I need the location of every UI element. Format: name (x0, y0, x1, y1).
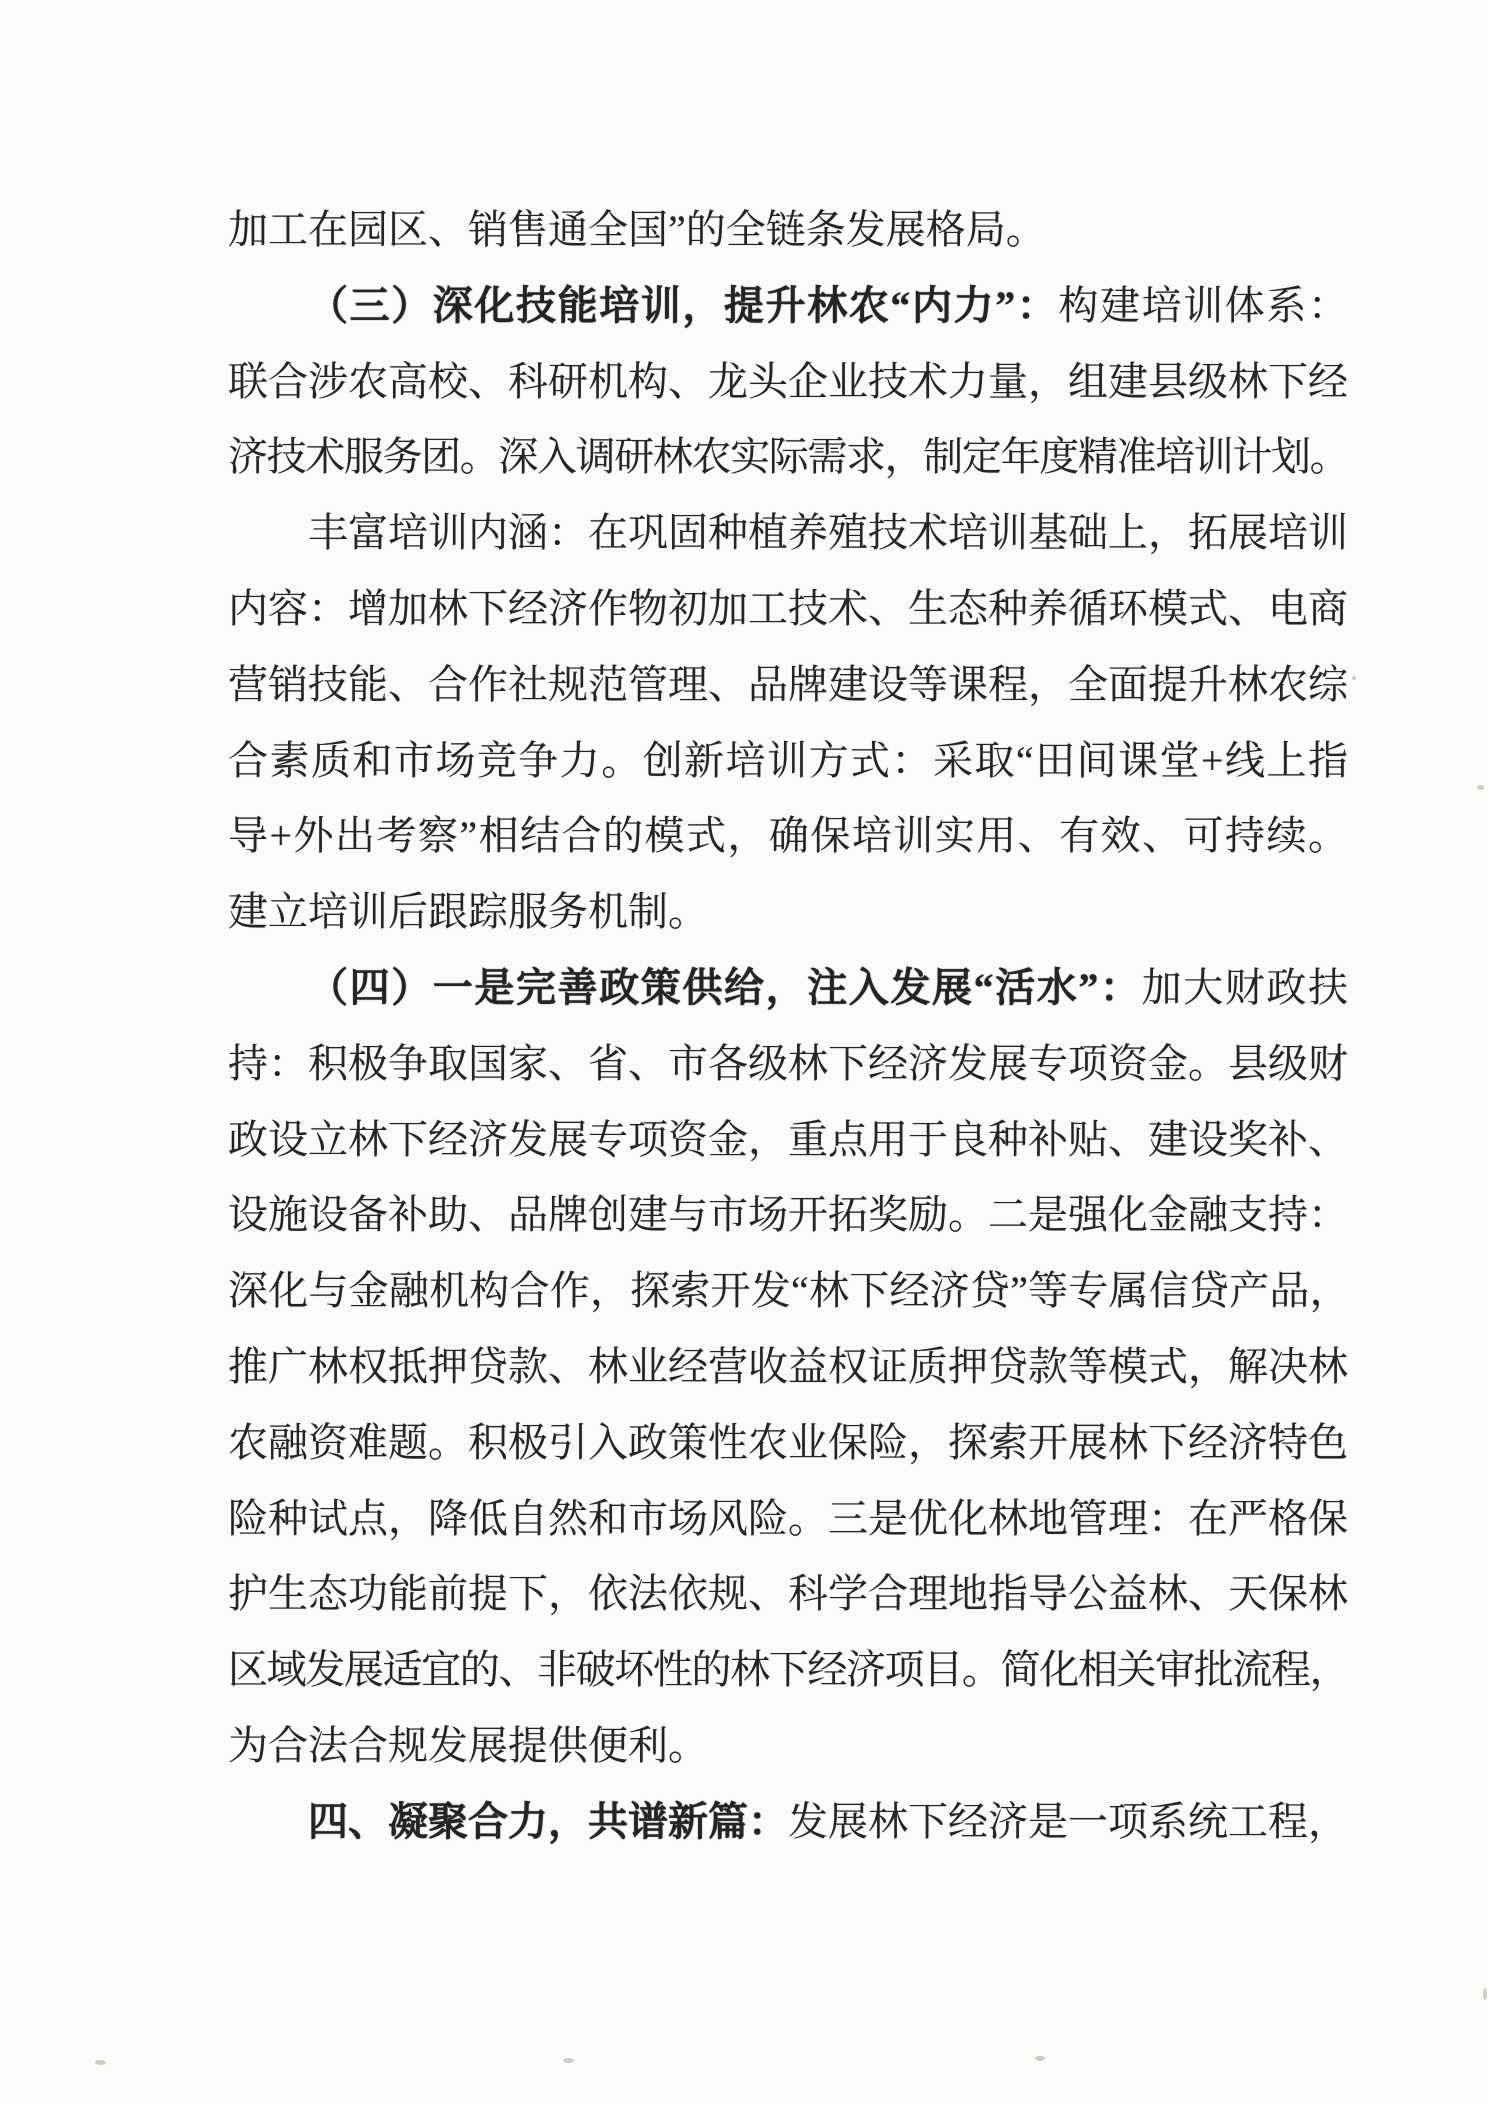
text-line: 建立培训后跟踪服务机制。 (228, 874, 1348, 950)
text-run: 发展林下经济是一项系统工程， (788, 1799, 1348, 1844)
scan-speck (563, 2058, 574, 2063)
text-line: （三）深化技能培训，提升林农“内力”：构建培训体系： (228, 268, 1348, 344)
text-line: 深化与金融机构合作，探索开发“林下经济贷”等专属信贷产品， (228, 1253, 1348, 1329)
text-run: 政设立林下经济发展专项资金，重点用于良种补贴、建设奖补、 (228, 1117, 1348, 1162)
text-run: 加工在园区、销售通全国”的全链条发展格局。 (228, 207, 1046, 252)
text-run: 为合法合规发展提供便利。 (228, 1723, 708, 1768)
text-run: 险种试点，降低自然和市场风险。三是优化林地管理：在严格保 (228, 1496, 1348, 1541)
text-run: 深化与金融机构合作，探索开发“林下经济贷”等专属信贷产品， (228, 1268, 1348, 1313)
text-line: 营销技能、合作社规范管理、品牌建设等课程，全面提升林农综 (228, 647, 1348, 723)
text-line: 济技术服务团。深入调研林农实际需求，制定年度精准培训计划。 (228, 419, 1348, 495)
text-line: 合素质和市场竞争力。创新培训方式：采取“田间课堂+线上指 (228, 723, 1348, 799)
scan-speck (1477, 785, 1484, 790)
text-line: （四）一是完善政策供给，注入发展“活水”：加大财政扶 (228, 950, 1348, 1026)
text-run: 联合涉农高校、科研机构、龙头企业技术力量，组建县级林下经 (228, 359, 1348, 404)
text-line: 推广林权抵押贷款、林业经营收益权证质押贷款等模式，解决林 (228, 1329, 1348, 1405)
text-run: 内容：增加林下经济作物初加工技术、生态种养循环模式、电商 (228, 586, 1348, 631)
text-line: 区域发展适宜的、非破坏性的林下经济项目。简化相关审批流程， (228, 1632, 1348, 1708)
text-run: 持：积极争取国家、省、市各级林下经济发展专项资金。县级财 (228, 1041, 1348, 1086)
scan-speck (95, 2060, 106, 2065)
text-line: 导+外出考察”相结合的模式，确保培训实用、有效、可持续。 (228, 798, 1348, 874)
text-line: 加工在园区、销售通全国”的全链条发展格局。 (228, 192, 1348, 268)
text-run: 加大财政扶 (1142, 965, 1348, 1010)
text-line: 险种试点，降低自然和市场风险。三是优化林地管理：在严格保 (228, 1481, 1348, 1557)
scan-speck (1035, 2056, 1045, 2061)
text-run: 建立培训后跟踪服务机制。 (228, 889, 708, 934)
text-run: 导+外出考察”相结合的模式，确保培训实用、有效、可持续。 (228, 813, 1348, 858)
scan-speck (1483, 1988, 1487, 2000)
text-run: 合素质和市场竞争力。创新培训方式：采取“田间课堂+线上指 (228, 738, 1348, 783)
text-run: 济技术服务团。深入调研林农实际需求，制定年度精准培训计划。 (228, 434, 1348, 479)
text-line: 内容：增加林下经济作物初加工技术、生态种养循环模式、电商 (228, 571, 1348, 647)
document-text-body: 加工在园区、销售通全国”的全链条发展格局。（三）深化技能培训，提升林农“内力”：… (228, 192, 1348, 1860)
scan-speck (1352, 676, 1356, 680)
text-line: 联合涉农高校、科研机构、龙头企业技术力量，组建县级林下经 (228, 344, 1348, 420)
text-run: 区域发展适宜的、非破坏性的林下经济项目。简化相关审批流程， (228, 1647, 1348, 1692)
text-run: 构建培训体系： (1058, 283, 1348, 328)
text-run-bold: （四）一是完善政策供给，注入发展“活水”： (308, 965, 1142, 1010)
text-line: 持：积极争取国家、省、市各级林下经济发展专项资金。县级财 (228, 1026, 1348, 1102)
text-line: 丰富培训内涵：在巩固种植养殖技术培训基础上，拓展培训 (228, 495, 1348, 571)
text-run-bold: 四、凝聚合力，共谱新篇： (308, 1799, 788, 1844)
text-run-bold: （三）深化技能培训，提升林农“内力”： (308, 283, 1058, 328)
text-line: 四、凝聚合力，共谱新篇：发展林下经济是一项系统工程， (228, 1784, 1348, 1860)
text-line: 护生态功能前提下，依法依规、科学合理地指导公益林、天保林 (228, 1556, 1348, 1632)
text-line: 农融资难题。积极引入政策性农业保险，探索开展林下经济特色 (228, 1405, 1348, 1481)
text-line: 设施设备补助、品牌创建与市场开拓奖励。二是强化金融支持： (228, 1177, 1348, 1253)
text-run: 营销技能、合作社规范管理、品牌建设等课程，全面提升林农综 (228, 662, 1348, 707)
text-line: 为合法合规发展提供便利。 (228, 1708, 1348, 1784)
scanned-document-page: { "page": { "background_color": "#fbfbf9… (0, 0, 1488, 2104)
text-run: 护生态功能前提下，依法依规、科学合理地指导公益林、天保林 (228, 1571, 1348, 1616)
text-run: 设施设备补助、品牌创建与市场开拓奖励。二是强化金融支持： (228, 1192, 1348, 1237)
text-run: 农融资难题。积极引入政策性农业保险，探索开展林下经济特色 (228, 1420, 1348, 1465)
text-line: 政设立林下经济发展专项资金，重点用于良种补贴、建设奖补、 (228, 1102, 1348, 1178)
text-run: 推广林权抵押贷款、林业经营收益权证质押贷款等模式，解决林 (228, 1344, 1348, 1389)
text-run: 丰富培训内涵：在巩固种植养殖技术培训基础上，拓展培训 (308, 510, 1348, 555)
